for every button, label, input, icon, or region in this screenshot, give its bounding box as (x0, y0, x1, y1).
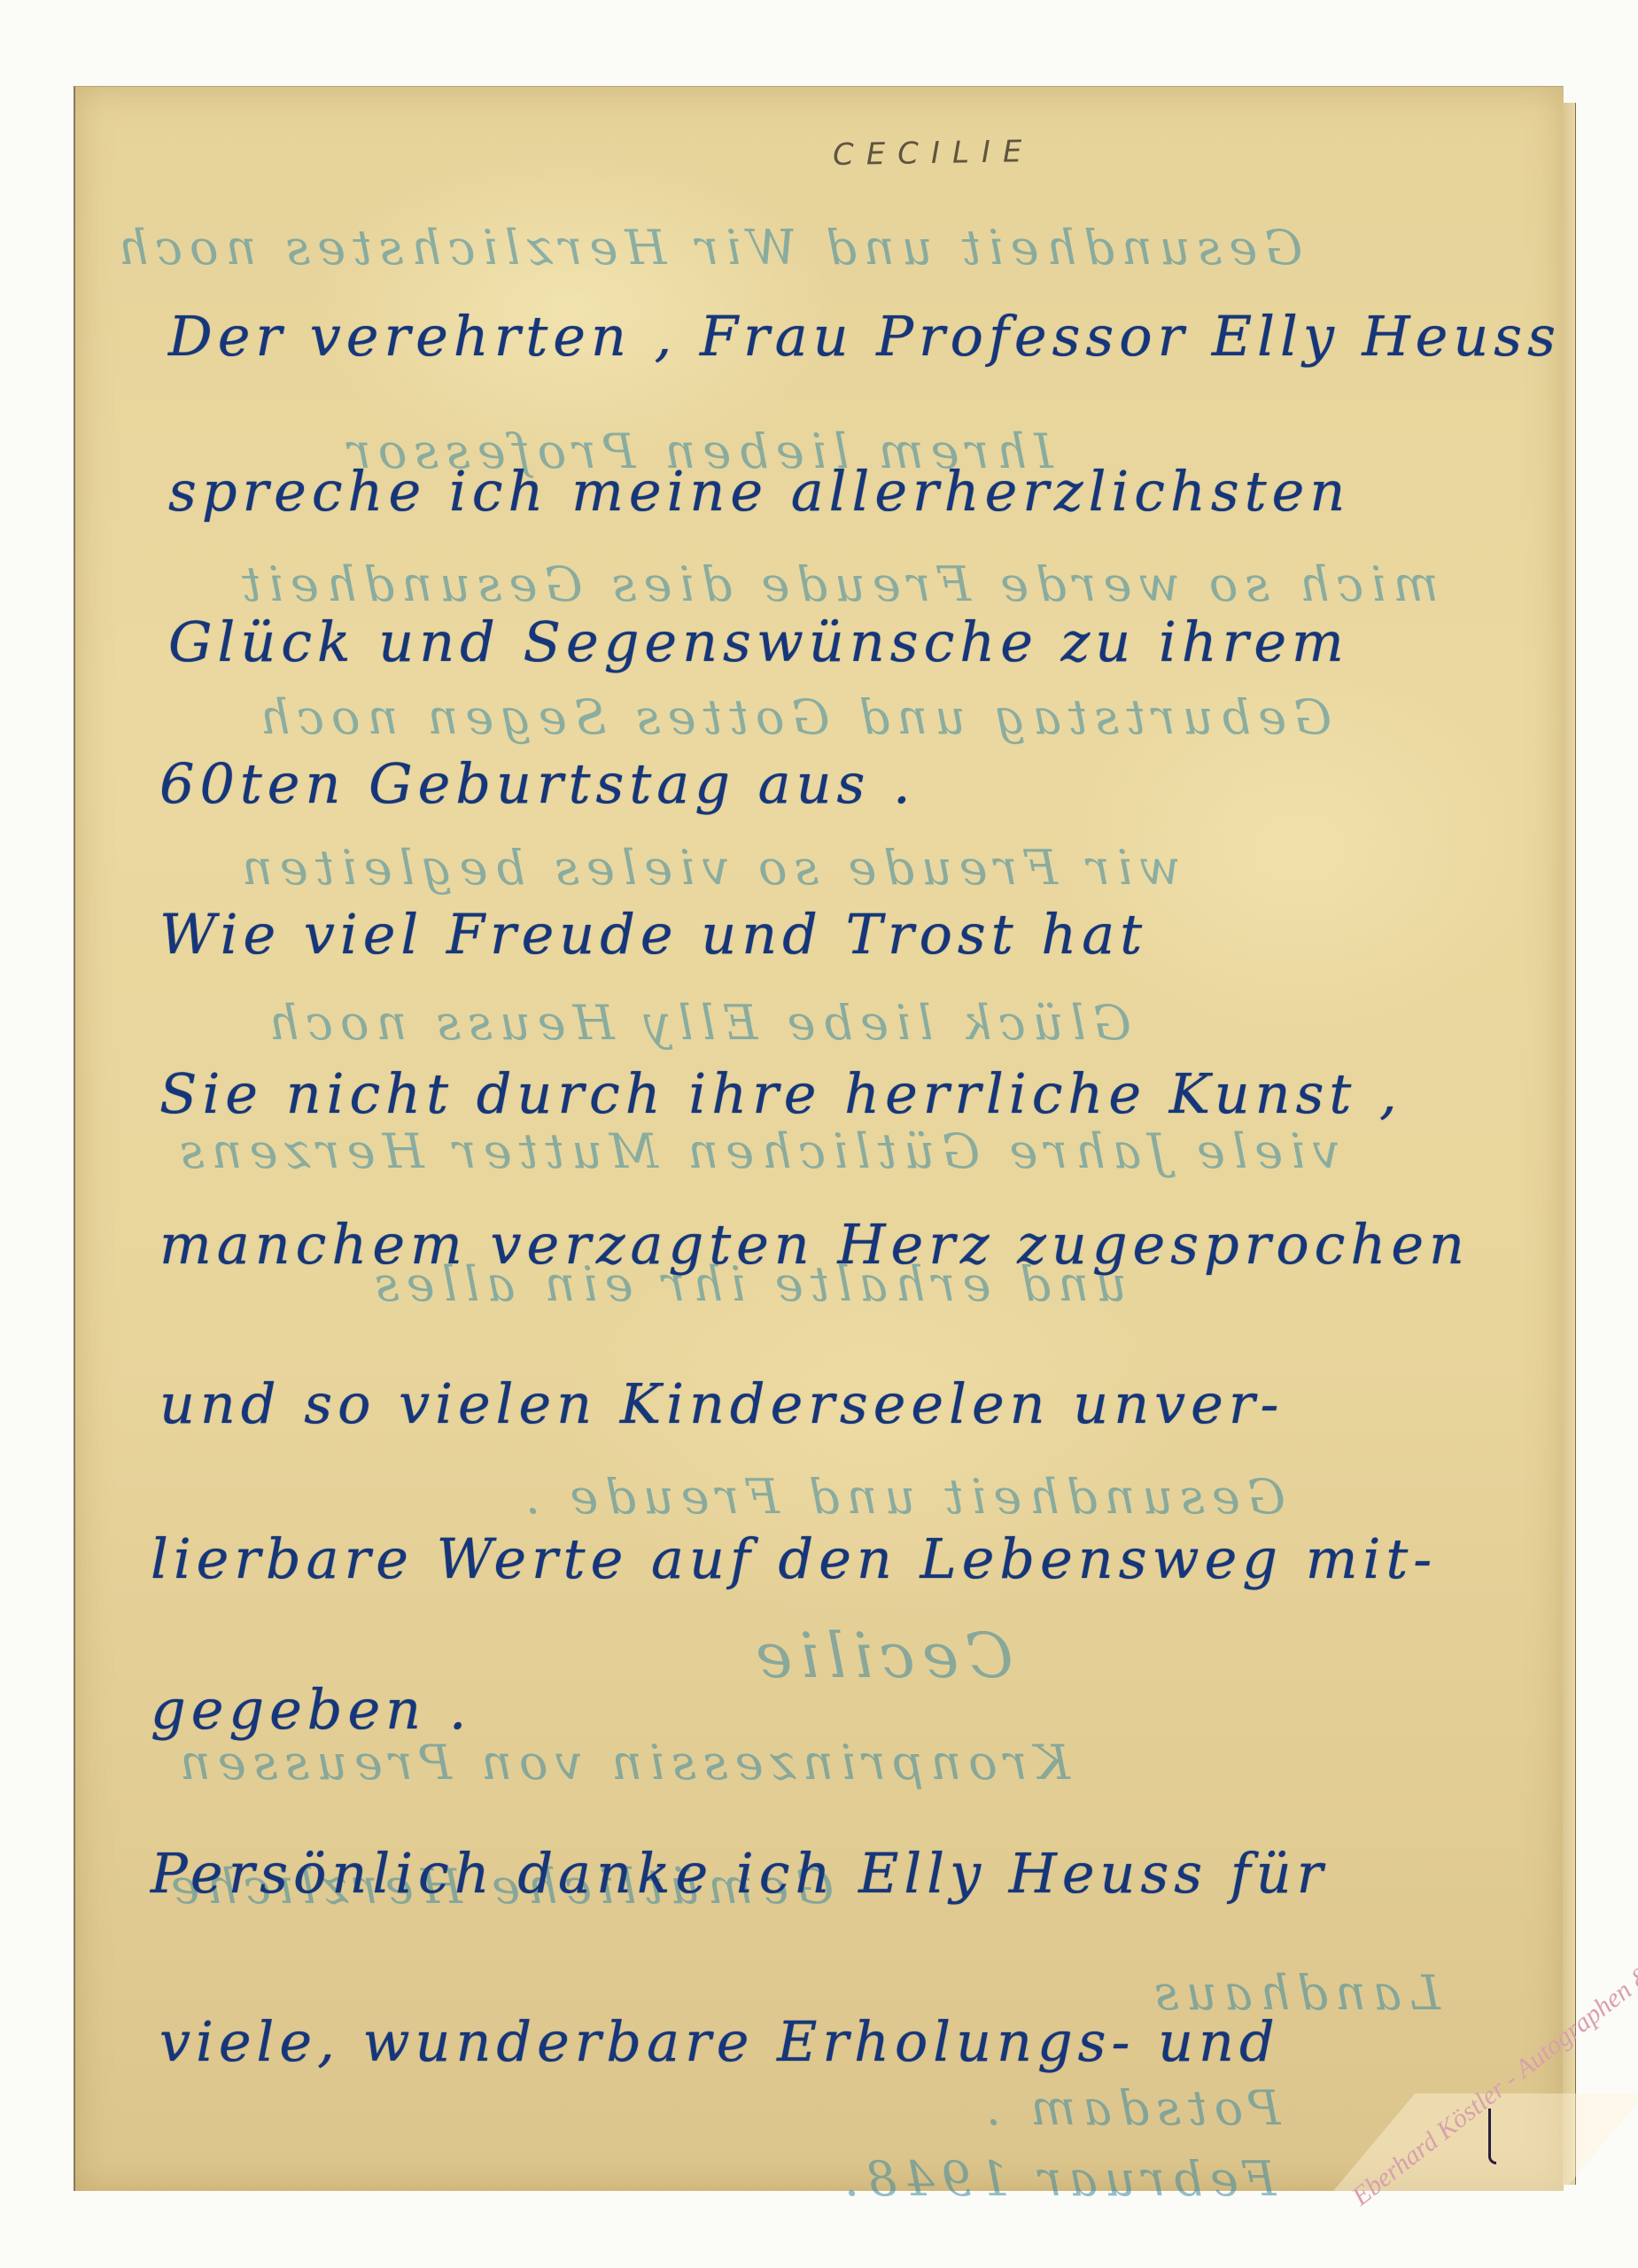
letter-line: Der verehrten , Frau Professor Elly Heus… (168, 304, 1561, 369)
letter-line: spreche ich meine allerherzlichsten (168, 459, 1350, 524)
letter-sheet: CECILIE Gesundheit und Wir Herzlichstes … (74, 86, 1564, 2191)
show-through-line: Potsdam . (979, 2080, 1280, 2136)
show-through-line: Gesundheit und Wir Herzlichstes noch (111, 220, 1302, 276)
letter-line: Sie nicht durch ihre herrliche Kunst , (159, 1061, 1402, 1126)
show-through-line: viele Jahre Gütlichen Mutter Herzens (173, 1123, 1339, 1179)
archive-label: CECILIE (833, 134, 1035, 173)
paper-fold-edge (1563, 103, 1576, 2185)
show-through-signature: Cecilie (749, 1619, 1013, 1692)
letter-line: lierbare Werte auf den Lebensweg mit- (151, 1526, 1437, 1591)
letter-line: viele, wunderbare Erholungs- und (159, 2009, 1280, 2074)
letter-line: Persönlich danke ich Elly Heuss für (151, 1841, 1328, 1906)
show-through-line: Gesundheit und Freude . (518, 1469, 1285, 1525)
letter-line: Glück und Segenswünsche zu ihrem (168, 610, 1349, 674)
letter-line: 60ten Geburtstag aus . (159, 751, 916, 816)
letter-line: gegeben . (151, 1677, 472, 1742)
show-through-line: mich so werde Freude dies Gesundheit (235, 556, 1439, 612)
letter-line: manchem verzagten Herz zugesprochen (159, 1212, 1470, 1277)
letter-line: und so vielen Kinderseelen unver- (159, 1371, 1284, 1436)
show-through-line: Glück liebe Elly Heuss noch (261, 995, 1131, 1051)
letter-line: Wie viel Freude und Trost hat (159, 902, 1147, 967)
show-through-line: Kronprinzessin von Preussen (173, 1735, 1070, 1790)
show-through-line: Februar 1948. (837, 2151, 1276, 2207)
pencil-mark (1488, 2109, 1496, 2164)
show-through-line: Geburtstag und Gottes Segen noch (252, 689, 1331, 745)
show-through-line: wir Freude so vieles begleiten (235, 840, 1180, 896)
